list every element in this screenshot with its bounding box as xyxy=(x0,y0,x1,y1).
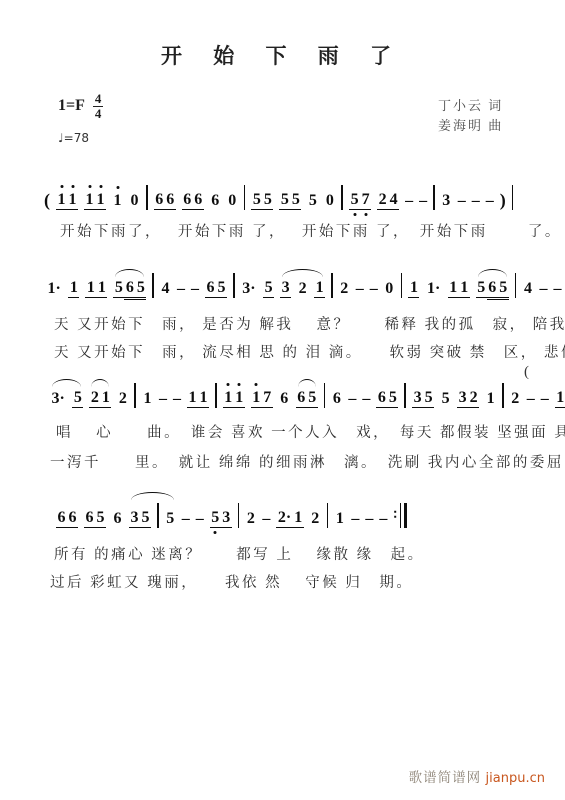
note-group: 1 xyxy=(68,278,79,298)
lyric-line-1: 开始下雨了， 开始下雨 了， 开始下雨 了， 开始下雨 了。 xyxy=(60,220,562,241)
slur-arc xyxy=(298,379,316,387)
note: 1 xyxy=(112,191,123,210)
note: 5 xyxy=(290,190,301,210)
note-group: 2 xyxy=(310,509,321,528)
dash: – xyxy=(370,279,378,298)
note-group: 2 xyxy=(297,279,308,298)
note-digit: 2 xyxy=(119,390,127,407)
note-digit: 1 xyxy=(556,389,564,406)
note-digit: 6 xyxy=(126,279,134,296)
slur-group: 565 xyxy=(476,278,509,298)
note: 6 xyxy=(487,278,498,298)
dash: – xyxy=(173,389,181,408)
note-digit: 5 xyxy=(97,509,105,526)
note-group: 35 xyxy=(129,508,151,528)
note: 5 xyxy=(165,509,176,528)
note-group: 66 xyxy=(182,190,204,210)
note-digit: 5 xyxy=(442,390,450,407)
note-digit: 1 xyxy=(487,390,495,407)
lyric-line-3b: 一泻千 里。 就让 绵绵 的细雨淋 漓。 洗刷 我内心全部的委屈， 风雨 xyxy=(50,451,565,472)
note-group: 565 xyxy=(113,278,146,298)
note-group: 1· xyxy=(46,279,62,298)
note-group: 4 xyxy=(160,279,171,298)
note-digit: 1 xyxy=(69,191,77,208)
slur-arc xyxy=(115,269,144,277)
note-digit: 5 xyxy=(389,389,397,406)
note: 2 xyxy=(245,509,256,528)
note-digit: 6 xyxy=(69,509,77,526)
note-group: 11 xyxy=(85,278,107,298)
note-group: 66 xyxy=(154,190,176,210)
note-digit: 6 xyxy=(155,191,163,208)
note: 6 xyxy=(296,388,307,408)
note-group: 65 xyxy=(205,278,227,298)
note: 5 xyxy=(498,278,509,298)
dash: – xyxy=(539,279,547,298)
note-digit: 5 xyxy=(218,279,226,296)
note-digit: 0 xyxy=(228,192,236,209)
note-digit: 5 xyxy=(211,509,219,526)
note: 3 xyxy=(412,388,423,408)
note: 1 xyxy=(56,190,67,210)
note: 1 xyxy=(187,388,198,408)
note-digit: 1 xyxy=(235,389,243,406)
note: 1 xyxy=(448,278,459,298)
dash: – xyxy=(351,509,359,528)
note-digit: 2 xyxy=(299,280,307,297)
note-digit: 1 xyxy=(460,279,468,296)
note-digit: 1 xyxy=(224,389,232,406)
note: 1 xyxy=(95,190,106,210)
note-group: 66 xyxy=(56,508,78,528)
note: 2 xyxy=(310,509,321,528)
barline xyxy=(238,503,240,528)
note-group: 0 xyxy=(324,191,335,210)
dash: – xyxy=(356,279,364,298)
note-digit: 5 xyxy=(351,191,359,208)
note: 3 xyxy=(129,508,140,528)
note-digit: 6 xyxy=(488,279,496,296)
note: 1 xyxy=(408,278,419,298)
note-group: 24 xyxy=(377,190,399,210)
note-digit: 6 xyxy=(280,390,288,407)
note-digit: 1 xyxy=(97,191,105,208)
note-digit: 1 xyxy=(98,279,106,296)
repeat-thin-bar xyxy=(400,503,402,528)
note-group: 1 xyxy=(112,191,123,210)
note-group: 1 xyxy=(314,278,325,298)
note-digit: 5 xyxy=(166,510,174,527)
note: 1 xyxy=(334,509,345,528)
note-digit: 5 xyxy=(74,389,82,406)
note-digit: 2 xyxy=(311,510,319,527)
note: 1 xyxy=(100,388,111,408)
note: 1 xyxy=(84,190,95,210)
note-group: 11 xyxy=(223,388,245,408)
note: 1 xyxy=(251,388,262,408)
note-group: 55 xyxy=(251,190,273,210)
dash: – xyxy=(541,389,549,408)
lyric-line-2a: 天 又开始下 雨， 是否为 解我 意？ 稀释 我的孤 寂， 陪我 xyxy=(54,313,565,334)
note-digit: 6 xyxy=(333,390,341,407)
note: 6 xyxy=(376,388,387,408)
note-group: 4 xyxy=(522,279,533,298)
note-group: 35 xyxy=(412,388,434,408)
song-title: 开 始 下 雨 了 xyxy=(0,40,565,70)
note-group: 2 xyxy=(510,389,521,408)
barline xyxy=(152,273,154,298)
note-digit: 1 xyxy=(200,389,208,406)
site-url: jianpu.cn xyxy=(486,771,545,786)
note-digit: 3 xyxy=(131,509,139,526)
note: 3 xyxy=(441,191,452,210)
key-signature: 1=F 4 4 xyxy=(58,92,103,120)
note: 2 xyxy=(377,190,388,210)
note-digit: 2 xyxy=(470,389,478,406)
dash: – xyxy=(405,191,413,210)
note-digit: 5 xyxy=(308,389,316,406)
note: 4 xyxy=(388,190,399,210)
note-digit: 0 xyxy=(131,192,139,209)
note-group: 21 xyxy=(89,388,111,408)
note: 5 xyxy=(307,388,318,408)
note-digit: 1 xyxy=(86,191,94,208)
slur-arc xyxy=(52,379,81,387)
note: 5 xyxy=(263,278,274,298)
note-digit: 3· xyxy=(52,390,65,407)
barline xyxy=(324,383,326,408)
credits: 丁小云 词 姜海明 曲 xyxy=(438,96,503,136)
note-group: 65 xyxy=(296,388,318,408)
barline xyxy=(404,383,406,408)
note-group: 11 xyxy=(448,278,470,298)
barline xyxy=(502,383,504,408)
note-digit: 1· xyxy=(427,280,440,297)
note-group: 57 xyxy=(349,190,371,210)
note-group: 2 xyxy=(245,509,256,528)
note-group: 2·1 xyxy=(276,508,303,528)
composer-credit: 姜海明 曲 xyxy=(438,116,503,136)
note-digit: 3 xyxy=(459,389,467,406)
note-digit: 1 xyxy=(316,279,324,296)
note-group: 5 xyxy=(440,389,451,408)
note: 0 xyxy=(384,279,395,298)
note-digit: 5 xyxy=(425,389,433,406)
barline xyxy=(134,383,136,408)
note-digit: 4 xyxy=(390,191,398,208)
note: 6 xyxy=(67,508,78,528)
time-signature-numerator: 4 xyxy=(93,92,104,107)
note: 6 xyxy=(154,190,165,210)
time-signature-denominator: 4 xyxy=(95,107,102,121)
note-digit: 6 xyxy=(194,191,202,208)
parenthesis: ) xyxy=(500,190,506,210)
note-digit: 6 xyxy=(297,389,305,406)
note-group: 11 xyxy=(555,388,565,408)
barline xyxy=(341,185,343,210)
note-digit: 5 xyxy=(142,509,150,526)
note: 0 xyxy=(129,191,140,210)
note: 4 xyxy=(522,279,533,298)
note: 6 xyxy=(112,509,123,528)
note-group: 11 xyxy=(84,190,106,210)
lyric-line-4a: 所有 的痛心 迷离？ 都写 上 缘散 缘 起。 xyxy=(54,543,425,564)
slur-arc xyxy=(131,492,174,500)
slur-group: 65 xyxy=(296,388,318,408)
note: 5 xyxy=(140,508,151,528)
note-group: 6 xyxy=(279,389,290,408)
note-group: 17 xyxy=(251,388,273,408)
note: 1 xyxy=(234,388,245,408)
note-group: 5 xyxy=(307,191,318,210)
note-digit: 7 xyxy=(362,191,370,208)
repeat-dots: ∶ xyxy=(393,503,397,528)
sheet-music-page: 开 始 下 雨 了 1=F 4 4 丁小云 词 姜海明 曲 ♩=78 (1111… xyxy=(0,0,565,800)
dash: – xyxy=(419,191,427,210)
note: 5 xyxy=(216,278,227,298)
octave-dot-above xyxy=(99,185,102,188)
note: 1 xyxy=(555,388,565,408)
note: 2 xyxy=(510,389,521,408)
music-line-1: (1111106666605555505724––3–––) xyxy=(44,183,513,210)
note: 5 xyxy=(210,508,221,528)
note-digit: 4 xyxy=(524,280,532,297)
note-group: 5 xyxy=(263,278,274,298)
note-digit: 2 xyxy=(247,510,255,527)
watermark: 歌谱简谱网 jianpu.cn xyxy=(409,766,545,786)
note: 4 xyxy=(160,279,171,298)
repeat-thick-bar xyxy=(404,503,407,528)
note-group: 5 xyxy=(165,509,176,528)
octave-dot-above xyxy=(238,383,241,386)
note: 1 xyxy=(96,278,107,298)
note: 5 xyxy=(476,278,487,298)
octave-dot-below xyxy=(214,531,217,534)
note: 6 xyxy=(331,389,342,408)
note: 1· xyxy=(46,279,62,298)
note-group: 55 xyxy=(279,190,301,210)
note: 6 xyxy=(165,190,176,210)
dash: – xyxy=(379,509,387,528)
note: 5 xyxy=(113,278,124,298)
key-label: 1=F xyxy=(58,97,85,115)
note: 1 xyxy=(142,389,153,408)
barline xyxy=(215,383,217,408)
parenthesis: ( xyxy=(44,190,50,210)
note-digit: 2 xyxy=(340,280,348,297)
note-digit: 1 xyxy=(144,390,152,407)
note-group: 1 xyxy=(408,278,419,298)
note-group: 1 xyxy=(485,389,496,408)
note-digit: 0 xyxy=(326,192,334,209)
dash: – xyxy=(177,279,185,298)
note-digit: 6 xyxy=(58,509,66,526)
note-group: 11 xyxy=(56,190,78,210)
note-digit: 0 xyxy=(385,280,393,297)
octave-dot-above xyxy=(227,383,230,386)
lyric-line-4b: 过后 彩虹又 瑰丽， 我依 然 守候 归 期。 xyxy=(50,571,413,592)
note: 1 xyxy=(67,190,78,210)
note-digit: 1 xyxy=(87,279,95,296)
tempo-mark: ♩=78 xyxy=(58,131,89,145)
note-digit: 3· xyxy=(242,280,255,297)
dash: – xyxy=(553,279,561,298)
note-group: 0 xyxy=(129,191,140,210)
slur-arc xyxy=(478,269,507,277)
note: 5 xyxy=(279,190,290,210)
dash: – xyxy=(362,389,370,408)
music-line-3: 3·52121––1111176656––653553212––11 xyxy=(50,381,565,408)
note-group: 5 xyxy=(72,388,83,408)
note: 5 xyxy=(262,190,273,210)
note: 1 xyxy=(85,278,96,298)
octave-dot-above xyxy=(71,185,74,188)
note-digit: 1 xyxy=(410,279,418,296)
dash: – xyxy=(527,389,535,408)
dash: – xyxy=(182,509,190,528)
dash: – xyxy=(458,191,466,210)
note-digit: 1 xyxy=(114,192,122,209)
dash: – xyxy=(191,279,199,298)
note-group: 1· xyxy=(425,279,441,298)
lyric-line-2b: 天 又开始下 雨， 流尽相 思 的 泪 滴。 软弱 突破 禁 区， 悲伤 xyxy=(54,341,565,362)
open-paren: ( xyxy=(524,364,529,381)
note: 5 xyxy=(135,278,146,298)
note: 3 xyxy=(221,508,232,528)
note-digit: 1 xyxy=(58,191,66,208)
note: 6 xyxy=(205,278,216,298)
note-group: 6 xyxy=(112,509,123,528)
dash: – xyxy=(472,191,480,210)
note: 7 xyxy=(262,388,273,408)
note-digit: 2· xyxy=(278,509,291,526)
dash: – xyxy=(196,509,204,528)
note-digit: 5 xyxy=(499,279,507,296)
dash: – xyxy=(262,509,270,528)
note-group: 0 xyxy=(384,279,395,298)
note: 3· xyxy=(241,279,257,298)
note-group: 6 xyxy=(331,389,342,408)
music-line-2: 1·1115654––653·53212––011·115654––65 xyxy=(46,271,565,298)
barline xyxy=(244,185,246,210)
note-group: 1 xyxy=(334,509,345,528)
lyric-line-3a: 唱 心 曲。 谁会 喜欢 一个人入 戏， 每天 都假装 坚强面 具， 谁把 xyxy=(56,421,565,442)
note-digit: 5 xyxy=(309,192,317,209)
octave-dot-above xyxy=(88,185,91,188)
note-group: 11 xyxy=(187,388,209,408)
note-group: 3 xyxy=(280,278,291,298)
note-digit: 3 xyxy=(282,279,290,296)
note-digit: 5 xyxy=(292,191,300,208)
barline xyxy=(146,185,148,210)
note: 6 xyxy=(182,190,193,210)
note-digit: 5 xyxy=(264,191,272,208)
note-digit: 1 xyxy=(102,389,110,406)
dash: – xyxy=(486,191,494,210)
note: 5 xyxy=(440,389,451,408)
note-group: 65 xyxy=(84,508,106,528)
note-group: 3 xyxy=(441,191,452,210)
barline xyxy=(401,273,403,298)
note-digit: 2 xyxy=(379,191,387,208)
note-group: 32 xyxy=(457,388,479,408)
note: 7 xyxy=(360,190,371,210)
barline xyxy=(515,273,517,298)
note-digit: 5 xyxy=(115,279,123,296)
note: 5 xyxy=(251,190,262,210)
note: 2· xyxy=(276,508,292,528)
slur-arc xyxy=(282,269,323,277)
site-name: 歌谱简谱网 xyxy=(409,770,482,785)
note: 0 xyxy=(227,191,238,210)
octave-dot-below xyxy=(364,213,367,216)
repeat-barline: ∶ xyxy=(393,503,407,528)
note-group: 1 xyxy=(142,389,153,408)
octave-dot-above xyxy=(255,383,258,386)
barline xyxy=(331,273,333,298)
slur-group: 355 xyxy=(129,501,176,528)
note-group: 3· xyxy=(50,389,66,408)
note-digit: 1 xyxy=(294,509,302,526)
note: 3 xyxy=(280,278,291,298)
note: 1 xyxy=(198,388,209,408)
note-digit: 1 xyxy=(252,389,260,406)
lyricist-credit: 丁小云 词 xyxy=(438,96,503,116)
note: 6 xyxy=(279,389,290,408)
note: 6 xyxy=(210,191,221,210)
note-digit: 3 xyxy=(442,192,450,209)
note: 1 xyxy=(223,388,234,408)
barline xyxy=(157,503,159,528)
note: 5 xyxy=(307,191,318,210)
note-digit: 5 xyxy=(253,191,261,208)
slur-group: 3·5 xyxy=(50,388,83,408)
note: 1 xyxy=(485,389,496,408)
note: 2 xyxy=(339,279,350,298)
time-signature: 4 4 xyxy=(93,92,104,120)
note: 2 xyxy=(89,388,100,408)
note: 6 xyxy=(124,278,135,298)
note-digit: 6 xyxy=(86,509,94,526)
note-digit: 7 xyxy=(263,389,271,406)
octave-dot-below xyxy=(353,213,356,216)
music-line-4: 66656355––532–2·121–––∶ xyxy=(56,501,407,528)
note-digit: 5 xyxy=(265,279,273,296)
note-digit: 1 xyxy=(70,279,78,296)
note-digit: 1 xyxy=(189,389,197,406)
slur-group: 21 xyxy=(89,388,111,408)
barline xyxy=(512,185,514,210)
note-digit: 3 xyxy=(222,509,230,526)
note-digit: 6 xyxy=(114,510,122,527)
note: 6 xyxy=(193,190,204,210)
note: 6 xyxy=(56,508,67,528)
dash: – xyxy=(365,509,373,528)
note-group: 565 xyxy=(476,278,509,298)
note: 1 xyxy=(293,508,304,528)
note: 1 xyxy=(314,278,325,298)
note: 3 xyxy=(457,388,468,408)
note-digit: 1· xyxy=(48,280,61,297)
slur-group: 321 xyxy=(280,278,325,298)
note-group: 2 xyxy=(339,279,350,298)
note-digit: 6 xyxy=(166,191,174,208)
note: 2 xyxy=(297,279,308,298)
note: 5 xyxy=(349,190,360,210)
octave-dot-above xyxy=(60,185,63,188)
note-group: 53 xyxy=(210,508,232,528)
note-digit: 6 xyxy=(211,192,219,209)
